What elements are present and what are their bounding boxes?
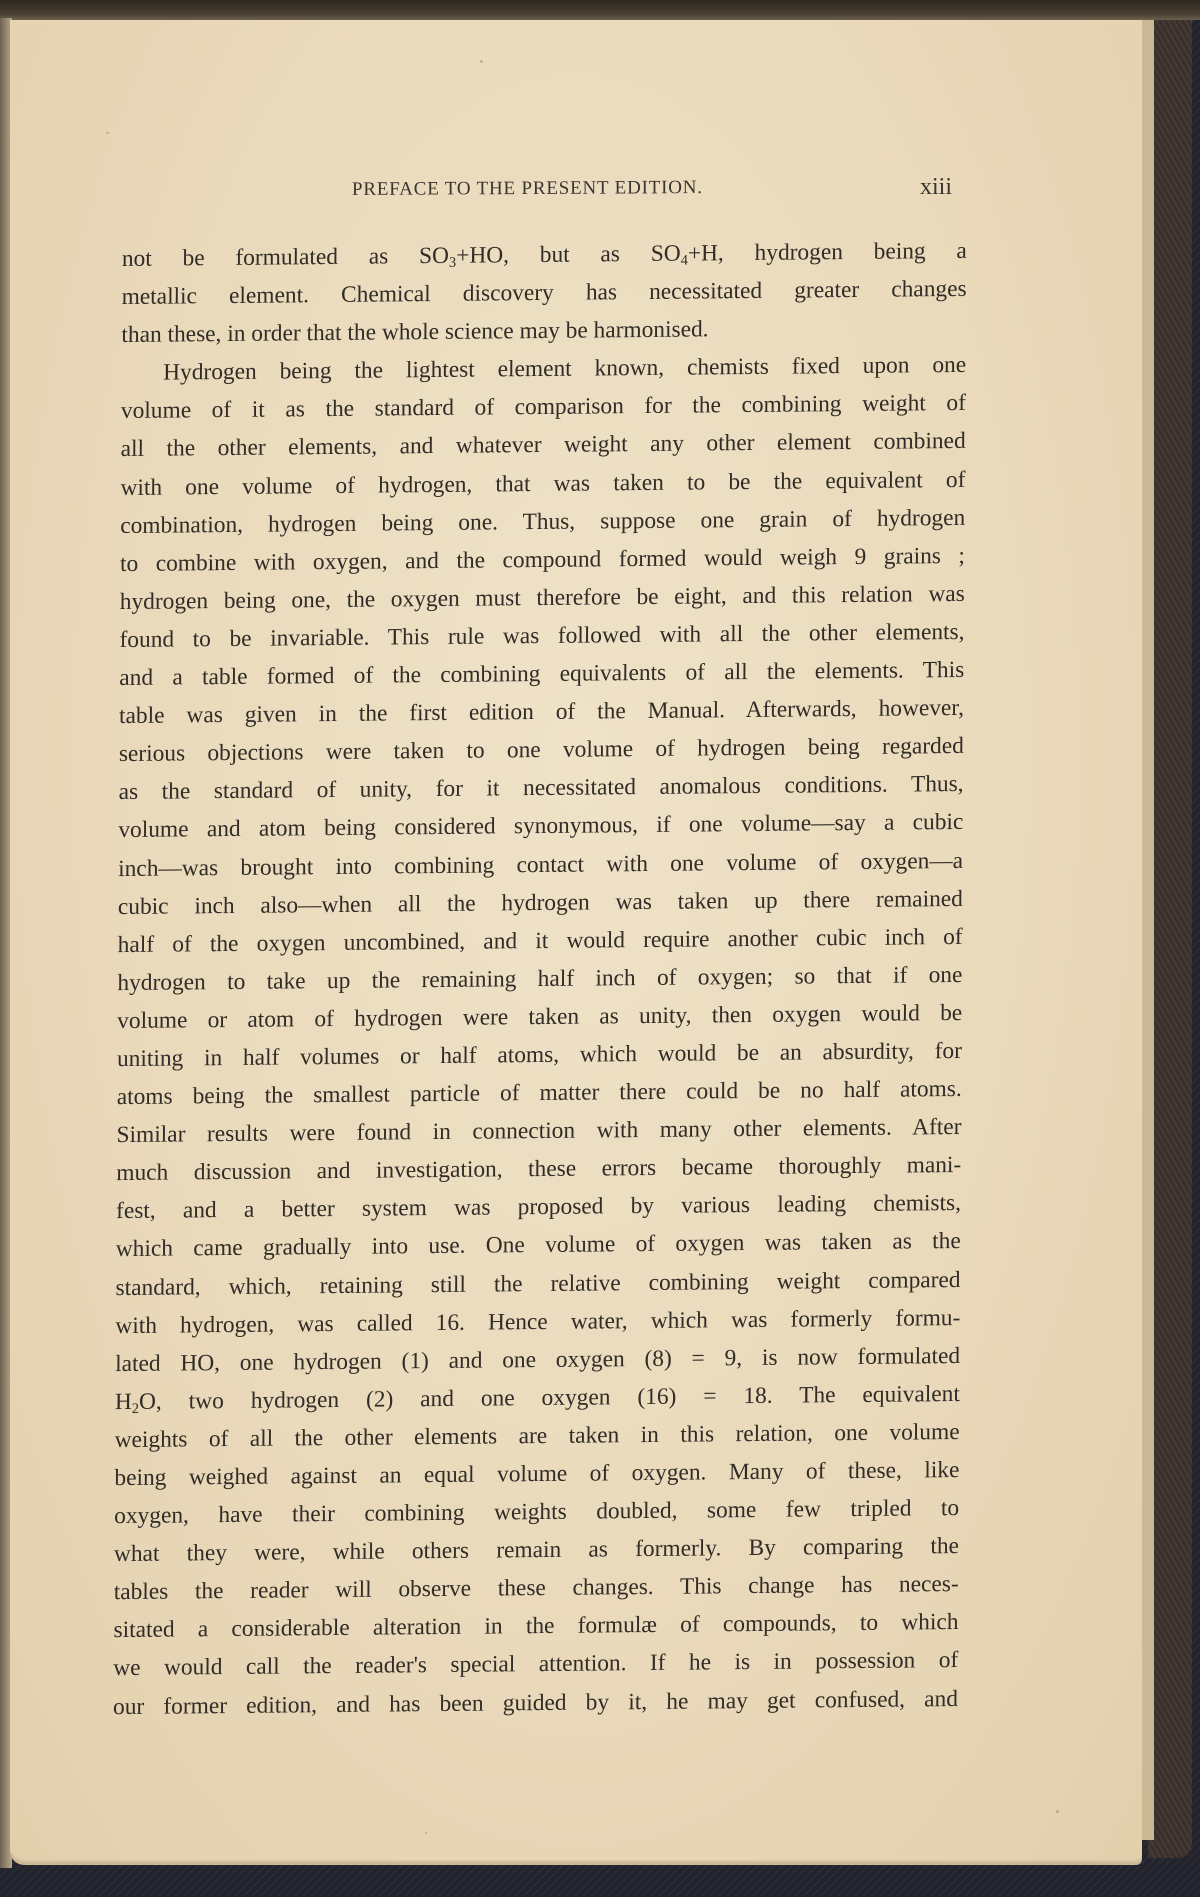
subscript: 4 (681, 253, 688, 269)
body-text: not be formulated as SO3+HO, but as SO4+… (113, 232, 967, 1726)
page-stack-side (1142, 20, 1154, 1840)
text-line: our former edition, and has been guided … (113, 1680, 958, 1726)
running-head: PREFACE TO THE PRESENT EDITION. (352, 177, 703, 201)
subscript: 2 (132, 1401, 139, 1417)
paper-speck (425, 1832, 427, 1834)
paper-speck (1056, 1810, 1059, 1813)
subscript: 3 (449, 255, 456, 271)
book-cover-edge (1148, 0, 1192, 1858)
paper-speck (480, 60, 483, 63)
top-page-stack (0, 0, 1200, 20)
paper-speck (106, 132, 109, 134)
paragraph: not be formulated as SO3+HO, but as SO4+… (121, 232, 967, 354)
page-number: xiii (920, 174, 952, 201)
paragraph: Hydrogen being the lightest element know… (113, 346, 966, 1726)
